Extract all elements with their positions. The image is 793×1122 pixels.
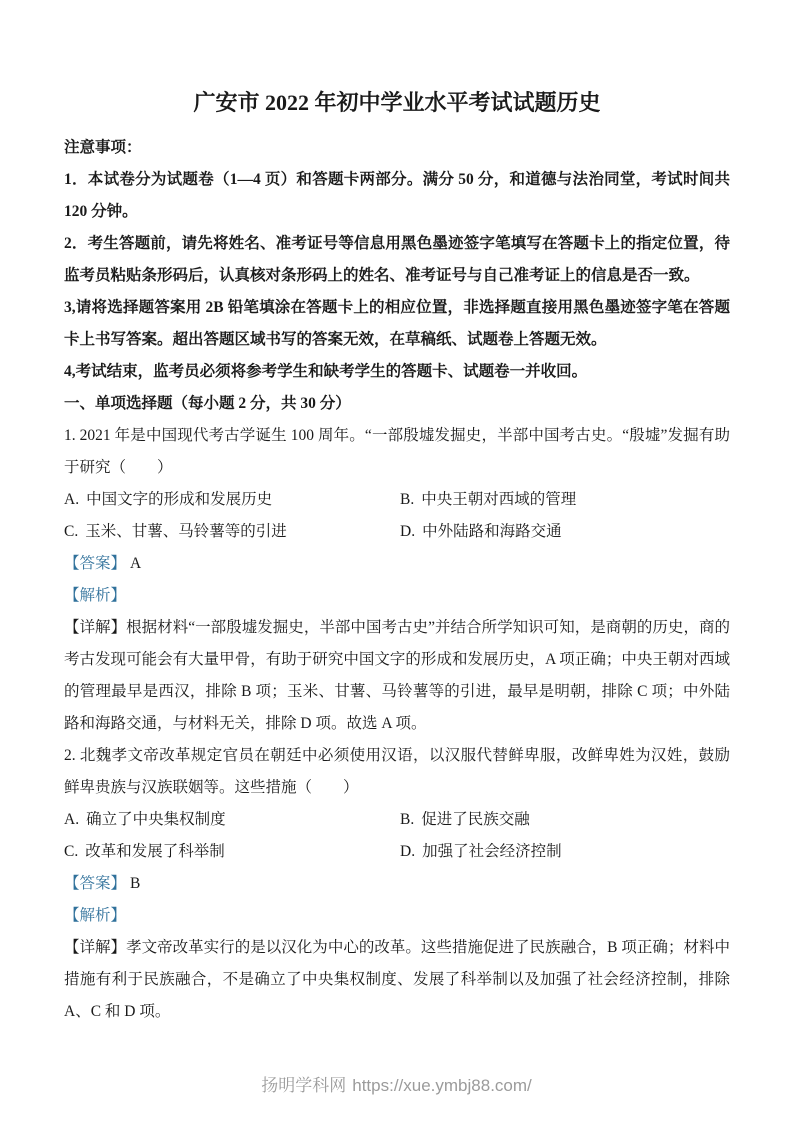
option-text: 加强了社会经济控制: [422, 843, 562, 860]
detail-text: 【详解】根据材料“一部殷墟发掘史，半部中国考古史”并结合所学知识可知，是商朝的历…: [64, 612, 730, 740]
option-letter: D.: [400, 523, 415, 540]
section-heading: 一、单项选择题（每小题 2 分，共 30 分）: [64, 388, 730, 420]
question-stem: 2. 北魏孝文帝改革规定官员在朝廷中必须使用汉语，以汉服代替鲜卑服，改鲜卑姓为汉…: [64, 740, 730, 804]
option-letter: B.: [400, 811, 414, 828]
options-grid: A.确立了中央集权制度 B.促进了民族交融 C.改革和发展了科举制 D.加强了社…: [64, 804, 730, 868]
option-letter: D.: [400, 843, 415, 860]
option-text: 确立了中央集权制度: [86, 811, 226, 828]
answer-label: 【答案】: [64, 555, 126, 572]
answer-value: B: [130, 875, 140, 892]
answer-line: 【答案】B: [64, 868, 730, 900]
question-stem: 1. 2021 年是中国现代考古学诞生 100 周年。“一部殷墟发掘史，半部中国…: [64, 420, 730, 484]
option-letter: C.: [64, 523, 78, 540]
option-text: 玉米、甘薯、马铃薯等的引进: [85, 523, 287, 540]
option-item: A.中国文字的形成和发展历史: [64, 484, 400, 516]
option-item: B.促进了民族交融: [400, 804, 730, 836]
option-letter: B.: [400, 491, 414, 508]
option-text: 中国文字的形成和发展历史: [86, 491, 272, 508]
answer-line: 【答案】A: [64, 548, 730, 580]
exam-document-page: 广安市 2022 年初中学业水平考试试题历史 注意事项： 1．本试卷分为试题卷（…: [0, 0, 793, 1122]
options-grid: A.中国文字的形成和发展历史 B.中央王朝对西域的管理 C.玉米、甘薯、马铃薯等…: [64, 484, 730, 548]
option-text: 改革和发展了科举制: [85, 843, 225, 860]
detail-text: 【详解】孝文帝改革实行的是以汉化为中心的改革。这些措施促进了民族融合，B 项正确…: [64, 932, 730, 1028]
notice-heading: 注意事项：: [64, 132, 730, 164]
option-letter: C.: [64, 843, 78, 860]
notice-item-1: 1．本试卷分为试题卷（1—4 页）和答题卡两部分。满分 50 分，和道德与法治同…: [64, 164, 730, 228]
option-letter: A.: [64, 491, 79, 508]
option-text: 中外陆路和海路交通: [422, 523, 562, 540]
option-item: A.确立了中央集权制度: [64, 804, 400, 836]
page-title: 广安市 2022 年初中学业水平考试试题历史: [64, 84, 730, 122]
option-text: 中央王朝对西域的管理: [421, 491, 576, 508]
notice-item-2: 2．考生答题前，请先将姓名、准考证号等信息用黑色墨迹签字笔填写在答题卡上的指定位…: [64, 228, 730, 292]
analysis-label: 【解析】: [64, 580, 730, 612]
notice-item-3: 3,请将选择题答案用 2B 铅笔填涂在答题卡上的相应位置，非选择题直接用黑色墨迹…: [64, 292, 730, 356]
option-item: C.改革和发展了科举制: [64, 836, 400, 868]
option-letter: A.: [64, 811, 79, 828]
option-item: B.中央王朝对西域的管理: [400, 484, 730, 516]
question-1-block: 1. 2021 年是中国现代考古学诞生 100 周年。“一部殷墟发掘史，半部中国…: [64, 420, 730, 740]
site-url[interactable]: https://xue.ymbj88.com/: [352, 1076, 532, 1095]
site-name: 扬明学科网: [261, 1076, 346, 1095]
option-item: D.中外陆路和海路交通: [400, 516, 730, 548]
question-2-block: 2. 北魏孝文帝改革规定官员在朝廷中必须使用汉语，以汉服代替鲜卑服，改鲜卑姓为汉…: [64, 740, 730, 1028]
option-item: D.加强了社会经济控制: [400, 836, 730, 868]
answer-label: 【答案】: [64, 875, 126, 892]
analysis-label: 【解析】: [64, 900, 730, 932]
option-text: 促进了民族交融: [421, 811, 530, 828]
site-watermark: 扬明学科网https://xue.ymbj88.com/: [0, 1074, 793, 1098]
notice-item-4: 4,考试结束，监考员必须将参考学生和缺考学生的答题卡、试题卷一并收回。: [64, 356, 730, 388]
option-item: C.玉米、甘薯、马铃薯等的引进: [64, 516, 400, 548]
answer-value: A: [130, 555, 141, 572]
